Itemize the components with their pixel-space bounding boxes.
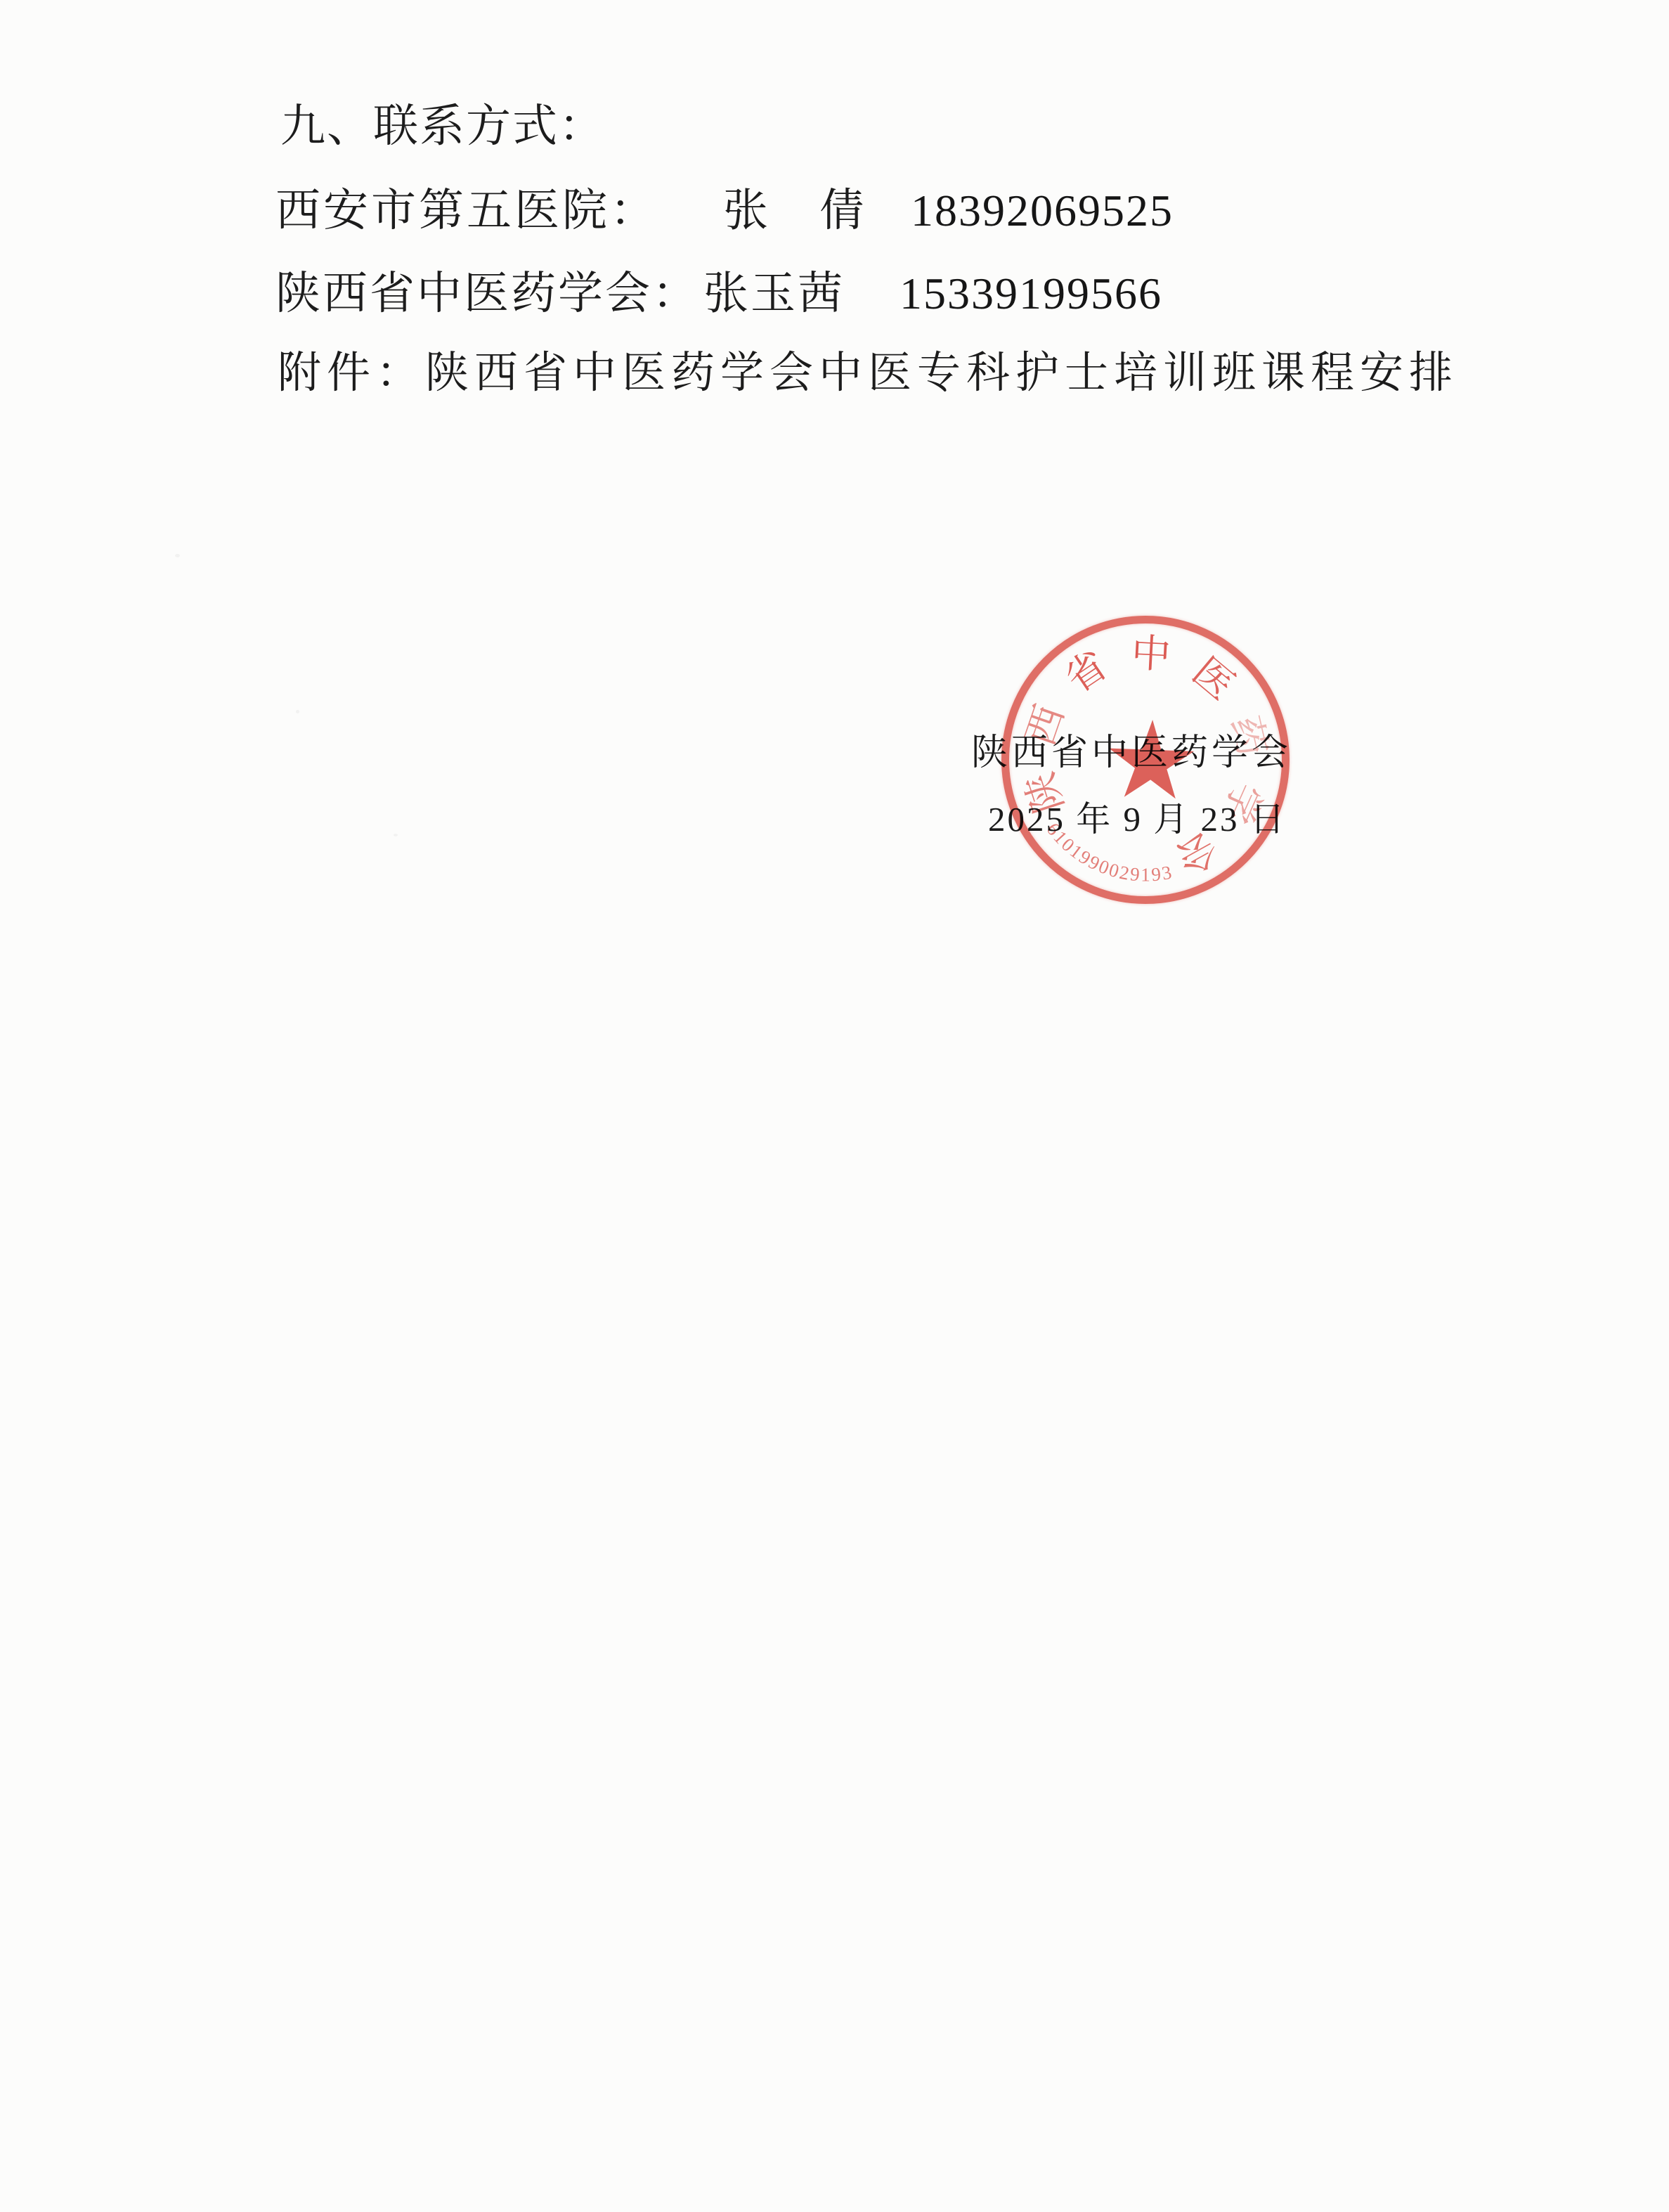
seal-serial-digit: 1 <box>1067 841 1086 862</box>
contact-phone: 15339199566 <box>900 269 1162 318</box>
scan-speck <box>175 554 180 557</box>
seal-ring-char: 医 <box>1186 652 1241 707</box>
contact-org-label: 陕西省中医药学会： <box>275 269 699 318</box>
contact-row: 陕西省中医药学会：张玉茜15339199566 <box>275 271 1162 316</box>
signature-date: 2025 年 9 月 23 日 <box>988 802 1287 836</box>
contact-name: 张玉茜 <box>703 269 845 318</box>
section-heading: 九、联系方式： <box>280 104 605 149</box>
seal-serial-digit: 0 <box>1096 857 1112 878</box>
seal-serial-digit: 9 <box>1129 865 1141 884</box>
scan-speck <box>296 710 299 713</box>
document-page: 九、联系方式： 西安市第五医院：张倩18392069525 陕西省中医药学会：张… <box>0 0 1669 2212</box>
contact-name: 张 <box>723 186 768 235</box>
scan-speck <box>394 834 398 836</box>
seal-serial-digit: 2 <box>1118 863 1131 884</box>
seal-serial-digit: 0 <box>1107 860 1121 881</box>
seal-serial-digit: 9 <box>1150 865 1162 884</box>
seal-serial-digit: 3 <box>1160 863 1173 884</box>
seal-serial-digit: 9 <box>1086 853 1103 874</box>
seal-ring-char: 中 <box>1130 634 1171 675</box>
seal-ring-char: 省 <box>1059 645 1114 700</box>
seal-serial-digit: 1 <box>1141 866 1150 885</box>
contact-row: 西安市第五医院：张倩18392069525 <box>275 188 1174 233</box>
contact-phone: 18392069525 <box>911 186 1174 235</box>
contact-org-label: 西安市第五医院： <box>275 186 658 235</box>
contact-name: 倩 <box>819 186 864 235</box>
attachment-line: 附件：陕西省中医药学会中医专科护士培训班课程安排 <box>278 351 1458 395</box>
seal-serial-digit: 9 <box>1076 847 1094 868</box>
signature-org: 陕西省中医药学会 <box>971 735 1292 772</box>
